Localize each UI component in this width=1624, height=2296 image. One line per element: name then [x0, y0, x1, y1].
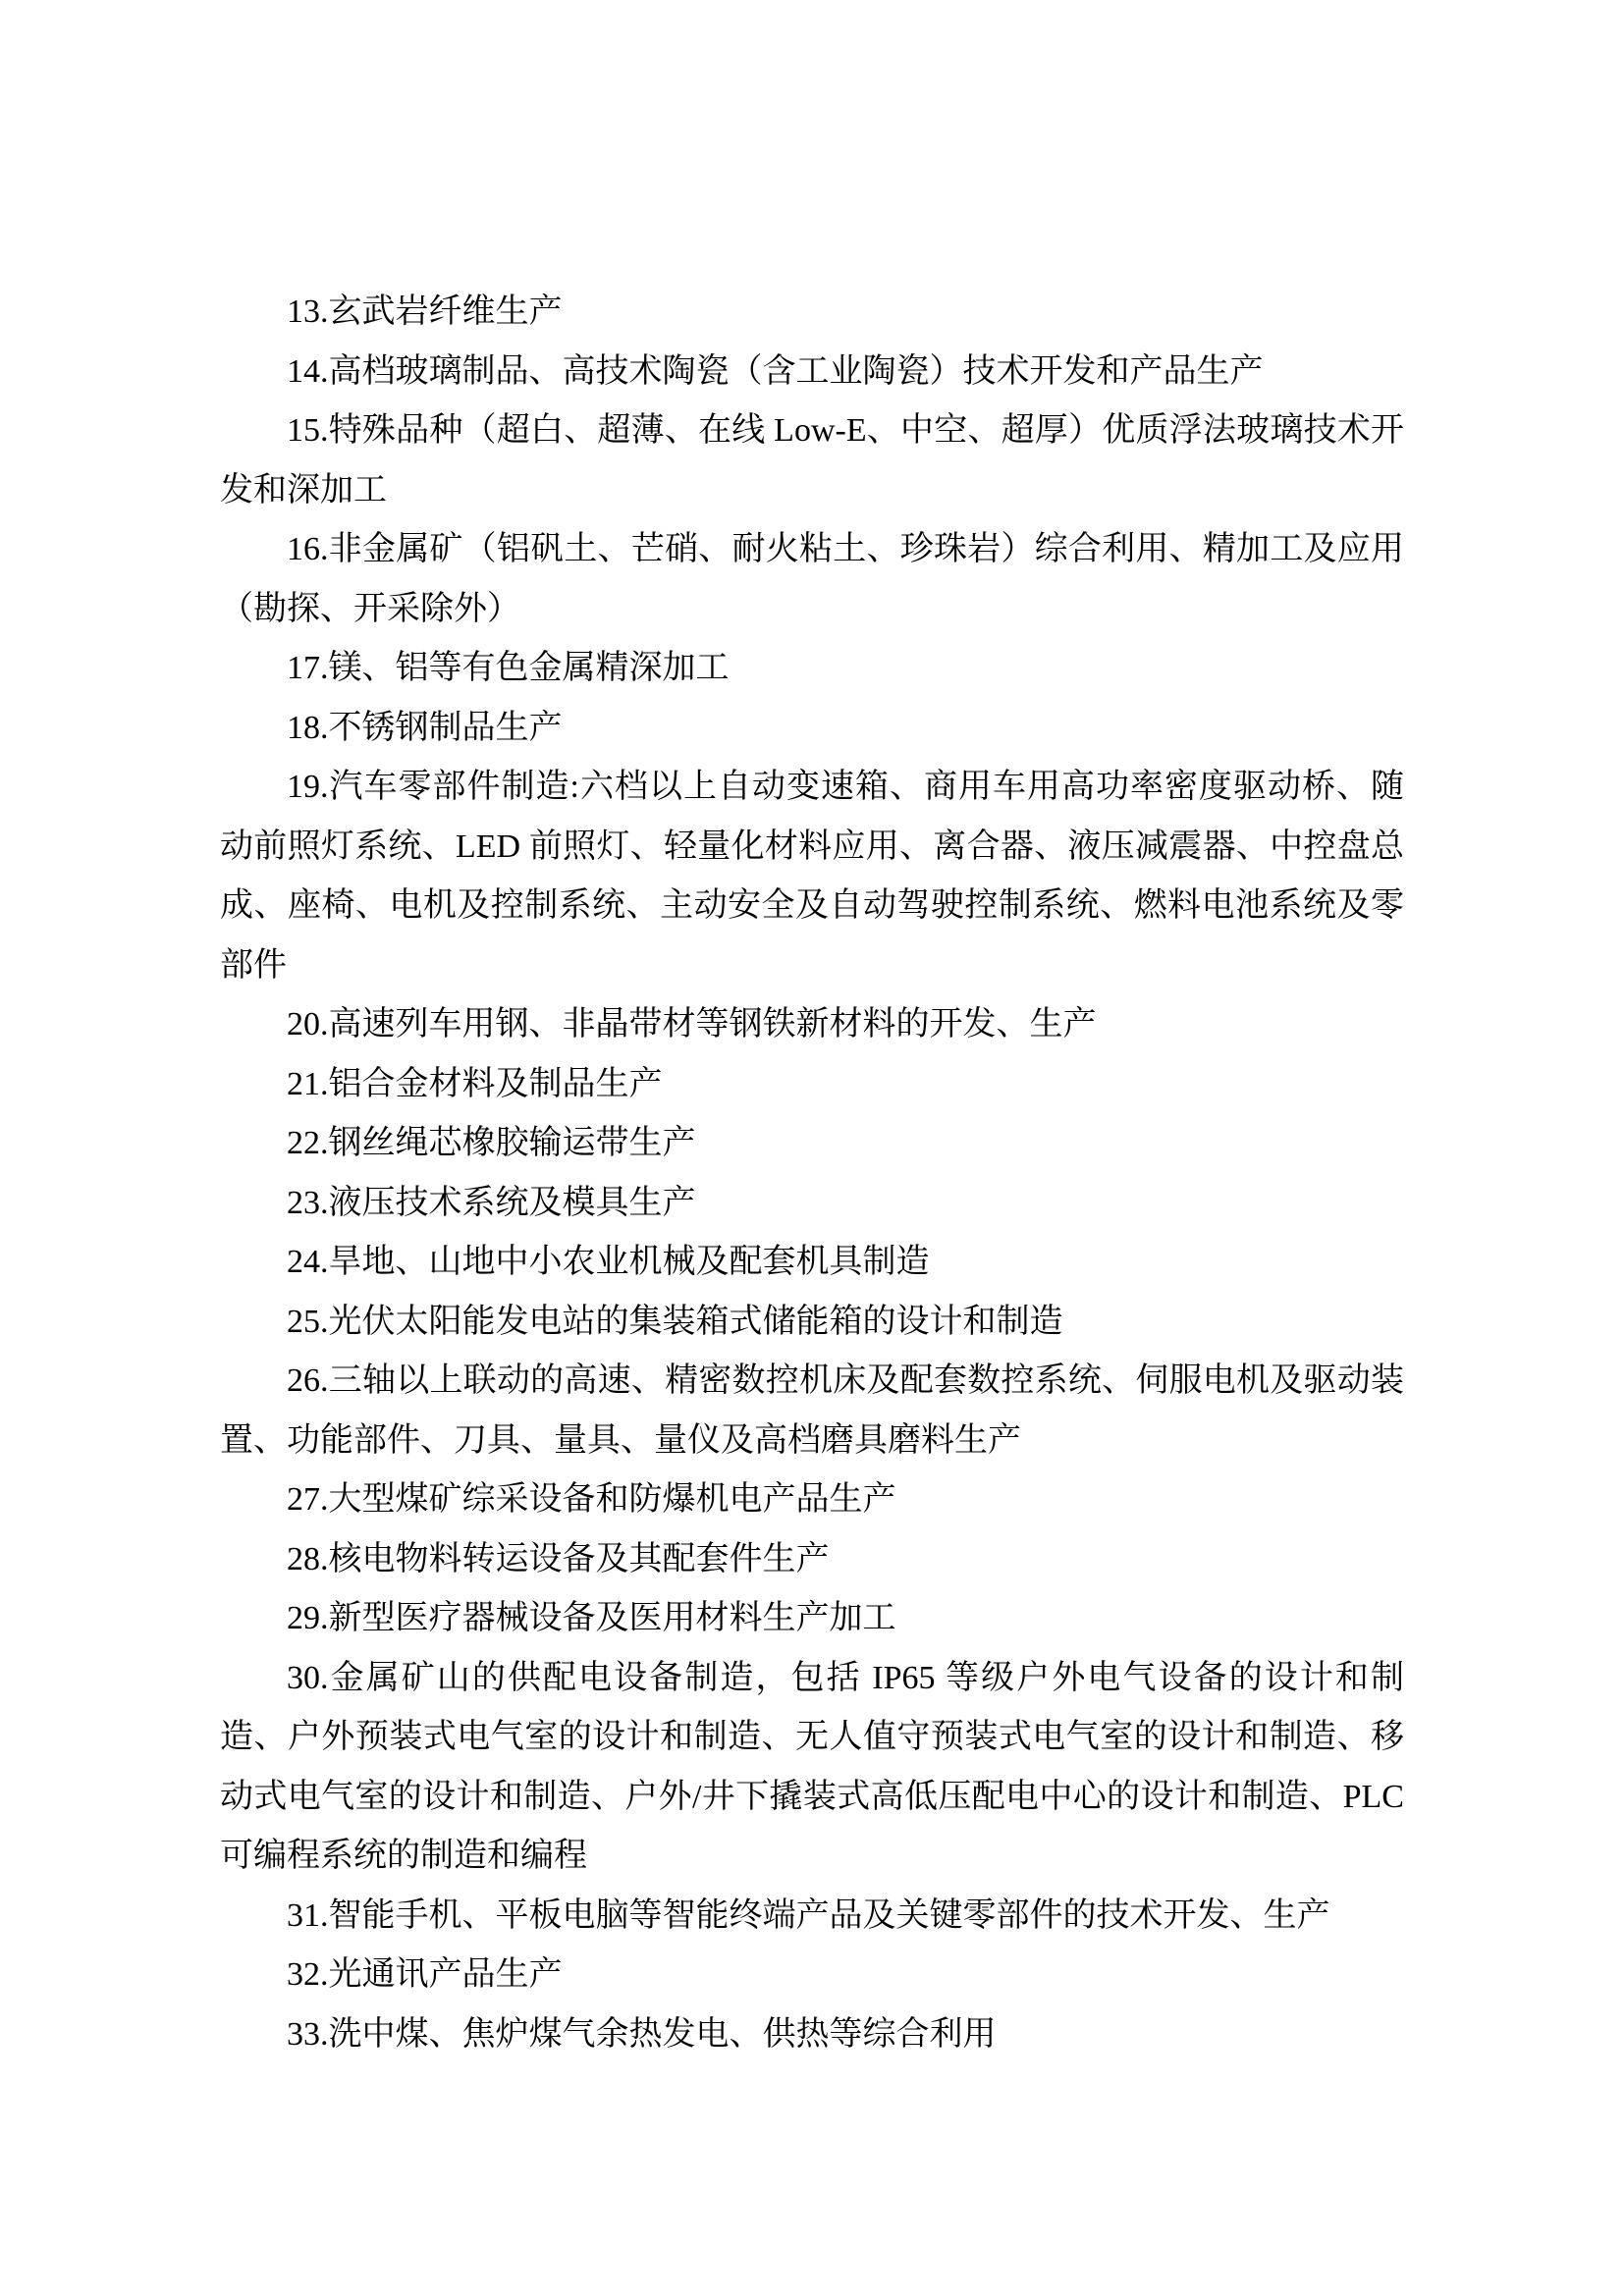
list-item: 28.核电物料转运设备及其配套件生产 — [220, 1530, 1404, 1590]
list-item: 21.铝合金材料及制品生产 — [220, 1055, 1404, 1115]
list-item: 20.高速列车用钢、非晶带材等钢铁新材料的开发、生产 — [220, 995, 1404, 1055]
list-item: 13.玄武岩纤维生产 — [220, 283, 1404, 343]
list-item: 14.高档玻璃制品、高技术陶瓷（含工业陶瓷）技术开发和产品生产 — [220, 343, 1404, 402]
list-item: 23.液压技术系统及模具生产 — [220, 1174, 1404, 1234]
document-page: 13.玄武岩纤维生产 14.高档玻璃制品、高技术陶瓷（含工业陶瓷）技术开发和产品… — [0, 0, 1624, 2296]
list-item: 29.新型医疗器械设备及医用材料生产加工 — [220, 1589, 1404, 1649]
list-item: 33.洗中煤、焦炉煤气余热发电、供热等综合利用 — [220, 2005, 1404, 2065]
list-item: 32.光通讯产品生产 — [220, 1946, 1404, 2005]
list-item: 31.智能手机、平板电脑等智能终端产品及关键零部件的技术开发、生产 — [220, 1887, 1404, 1947]
list-item: 27.大型煤矿综采设备和防爆机电产品生产 — [220, 1470, 1404, 1530]
list-item: 26.三轴以上联动的高速、精密数控机床及配套数控系统、伺服电机及驱动装置、功能部… — [220, 1352, 1404, 1470]
list-item: 24.旱地、山地中小农业机械及配套机具制造 — [220, 1233, 1404, 1293]
list-item: 15.特殊品种（超白、超薄、在线 Low-E、中空、超厚）优质浮法玻璃技术开发和… — [220, 401, 1404, 520]
list-item: 19.汽车零部件制造:六档以上自动变速箱、商用车用高功率密度驱动桥、随动前照灯系… — [220, 758, 1404, 995]
list-item: 16.非金属矿（铝矾土、芒硝、耐火粘土、珍珠岩）综合利用、精加工及应用（勘探、开… — [220, 520, 1404, 639]
list-item: 18.不锈钢制品生产 — [220, 699, 1404, 759]
numbered-list: 13.玄武岩纤维生产 14.高档玻璃制品、高技术陶瓷（含工业陶瓷）技术开发和产品… — [220, 283, 1404, 2064]
list-item: 25.光伏太阳能发电站的集装箱式储能箱的设计和制造 — [220, 1293, 1404, 1353]
list-item: 22.钢丝绳芯橡胶输运带生产 — [220, 1114, 1404, 1174]
list-item: 17.镁、铝等有色金属精深加工 — [220, 639, 1404, 699]
list-item: 30.金属矿山的供配电设备制造，包括 IP65 等级户外电气设备的设计和制造、户… — [220, 1649, 1404, 1887]
